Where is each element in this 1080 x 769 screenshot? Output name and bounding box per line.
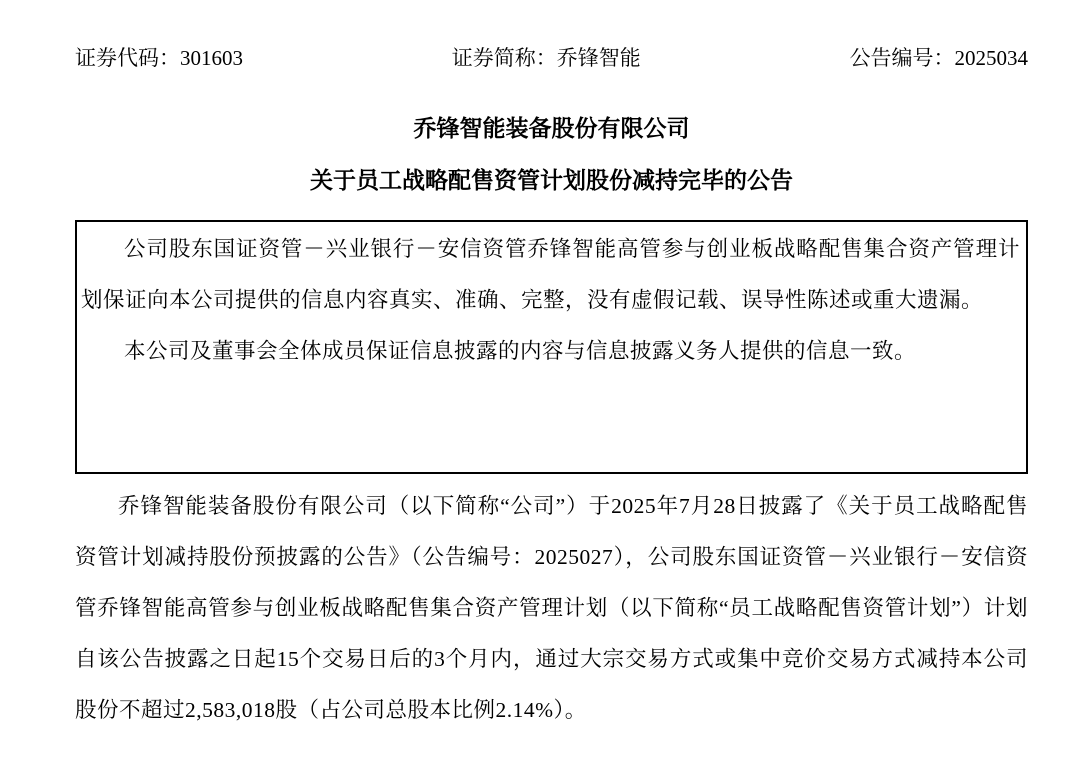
company-title: 乔锋智能装备股份有限公司 xyxy=(75,114,1028,144)
document-header: 证券代码：301603 证券简称：乔锋智能 公告编号：2025034 xyxy=(75,44,1028,72)
body-paragraph: 乔锋智能装备股份有限公司（以下简称“公司”）于2025年7月28日披露了《关于员… xyxy=(75,481,1028,736)
disclaimer-paragraph: 本公司及董事会全体成员保证信息披露的内容与信息披露义务人提供的信息一致。 xyxy=(81,326,1020,377)
announcement-title: 关于员工战略配售资管计划股份减持完毕的公告 xyxy=(75,166,1028,196)
announcement-number: 公告编号：2025034 xyxy=(850,44,1029,72)
stock-shortname: 证券简称：乔锋智能 xyxy=(452,44,641,72)
disclaimer-paragraph: 公司股东国证资管－兴业银行－安信资管乔锋智能高管参与创业板战略配售集合资产管理计… xyxy=(81,224,1020,326)
stock-code: 证券代码：301603 xyxy=(75,44,243,72)
document-body: 乔锋智能装备股份有限公司（以下简称“公司”）于2025年7月28日披露了《关于员… xyxy=(75,481,1028,736)
disclaimer-box: 公司股东国证资管－兴业银行－安信资管乔锋智能高管参与创业板战略配售集合资产管理计… xyxy=(75,220,1028,474)
announcement-document: 证券代码：301603 证券简称：乔锋智能 公告编号：2025034 乔锋智能装… xyxy=(0,0,1080,769)
